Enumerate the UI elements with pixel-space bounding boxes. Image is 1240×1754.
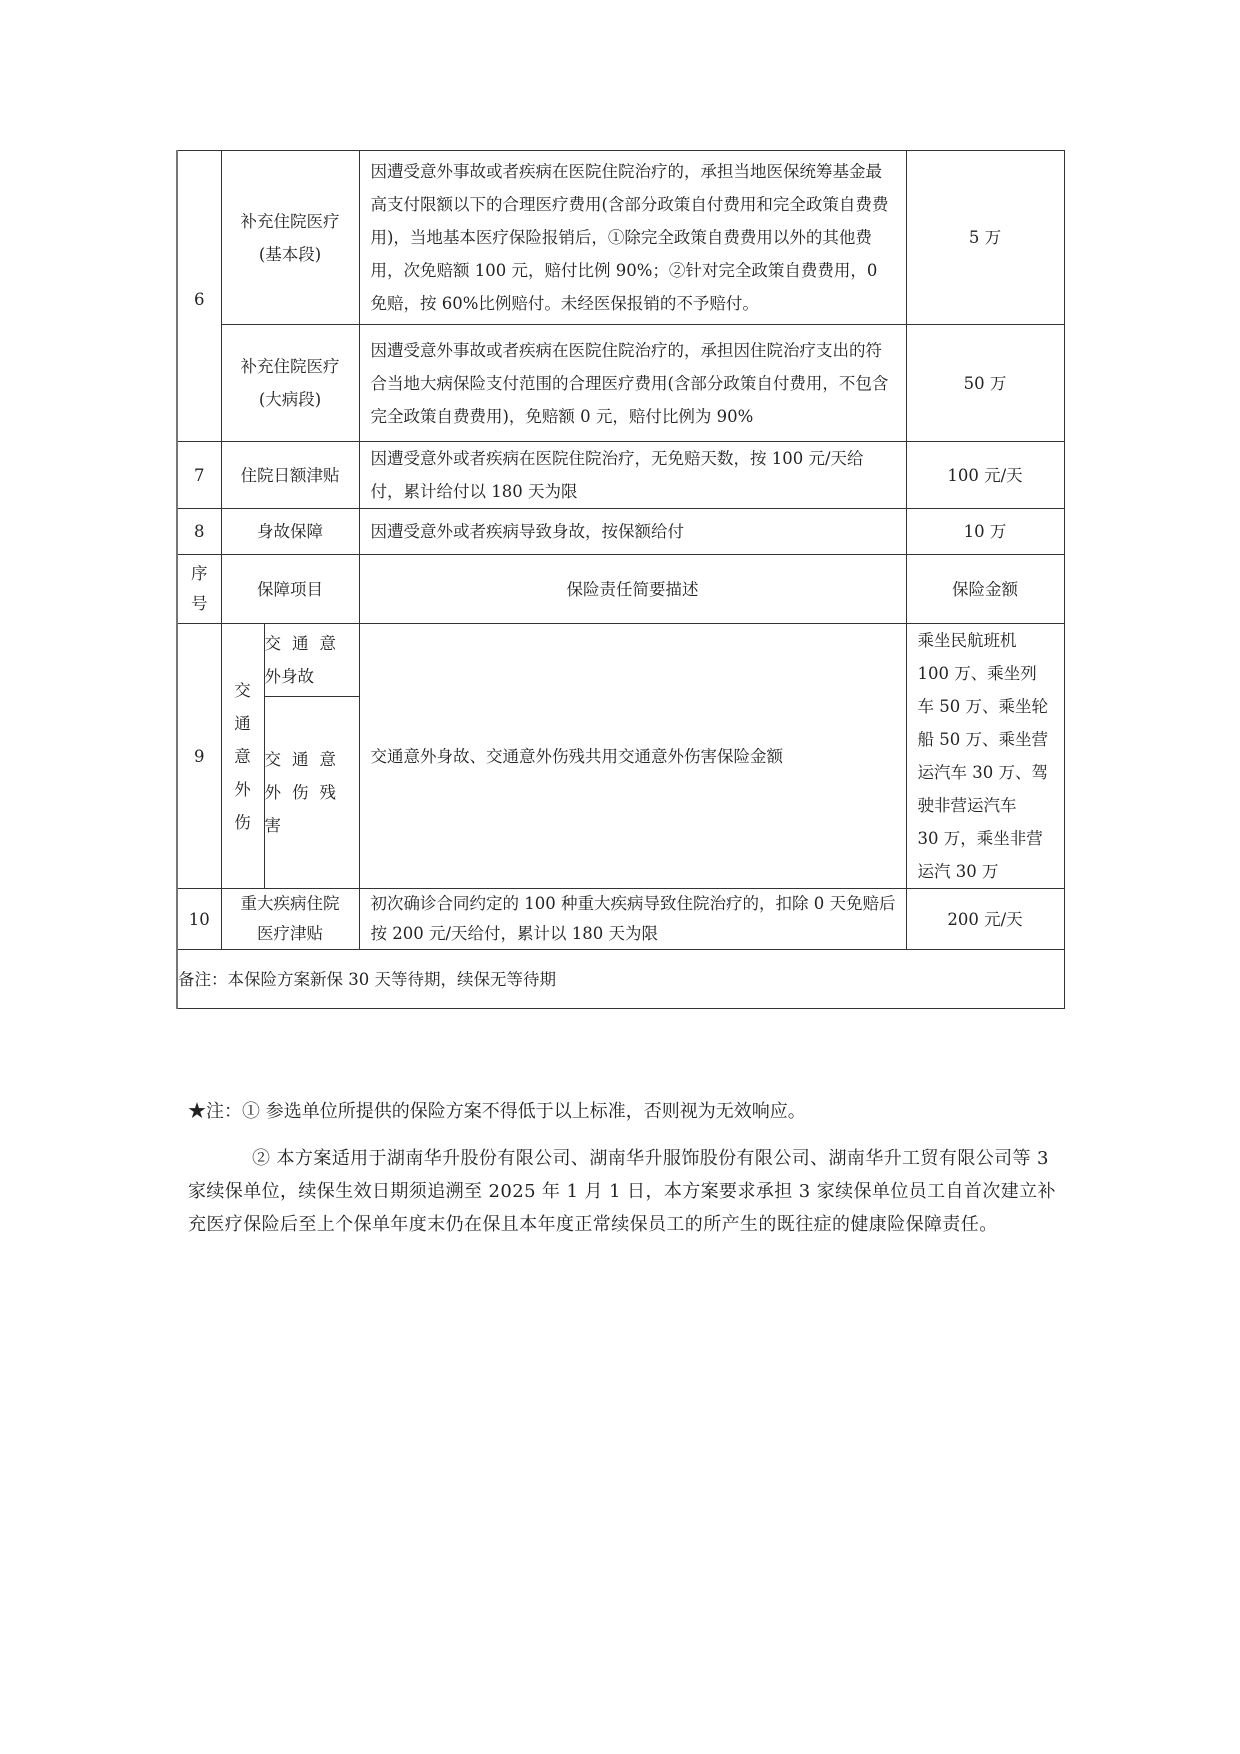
table-row-6-major: 补充住院医疗 (大病段) 因遭受意外事故或者疾病在医院住院治疗的，承担因住院治疗… xyxy=(177,325,1064,442)
item-cell: 重大疾病住院 医疗津贴 xyxy=(221,889,359,950)
table-row-10: 10 重大疾病住院 医疗津贴 初次确诊合同约定的 100 种重大疾病导致住院治疗… xyxy=(177,889,1064,950)
amount-cell: 100 元/天 xyxy=(906,442,1064,509)
table-row-7: 7 住院日额津贴 因遭受意外或者疾病在医院住院治疗，无免赔天数，按 100 元/… xyxy=(177,442,1064,509)
seq-cell: 8 xyxy=(177,509,221,555)
sub-item-line: 外伤残 xyxy=(265,776,359,809)
note-2: ② 本方案适用于湖南华升股份有限公司、湖南华升服饰股份有限公司、湖南华升工贸有限… xyxy=(188,1142,1060,1241)
desc-cell: 因遭受意外或者疾病导致身故，按保额给付 xyxy=(359,509,906,555)
desc-cell: 交通意外身故、交通意外伤残共用交通意外伤害保险金额 xyxy=(359,624,906,889)
desc-cell: 因遭受意外事故或者疾病在医院住院治疗的，承担当地医保统筹基金最高支付限额以下的合… xyxy=(359,151,906,325)
amount-cell: 5 万 xyxy=(906,151,1064,325)
header-desc: 保险责任简要描述 xyxy=(359,555,906,624)
amount-cell: 乘坐民航班机 100 万、乘坐列 车 50 万、乘坐轮 船 50 万、乘坐营 运… xyxy=(906,624,1064,889)
seq-number: 6 xyxy=(178,283,221,316)
notes-section: ★注：① 参选单位所提供的保险方案不得低于以上标准，否则视为无效响应。 ② 本方… xyxy=(188,1095,1060,1241)
header-seq: 序 号 xyxy=(177,555,221,624)
table-header-row: 序 号 保障项目 保险责任简要描述 保险金额 xyxy=(177,555,1064,624)
table-remark-row: 备注：本保险方案新保 30 天等待期，续保无等待期 xyxy=(177,950,1064,1009)
amount-cell: 50 万 xyxy=(906,325,1064,442)
seq-cell: 10 xyxy=(177,889,221,950)
desc-cell: 初次确诊合同约定的 100 种重大疾病导致住院治疗的，扣除 0 天免赔后按 20… xyxy=(359,889,906,950)
sub-item-line: 交通意 xyxy=(265,627,359,660)
amount-cell: 200 元/天 xyxy=(906,889,1064,950)
table-row-9-death: 9 交 通 意 外 伤 交通意 外身故 交通意外身故、交通意外伤残共用交通意外伤… xyxy=(177,624,1064,697)
group-cell: 交 通 意 外 伤 xyxy=(221,624,264,889)
item-cell: 身故保障 xyxy=(221,509,359,555)
document-page: 6 补充住院医疗 (基本段) 因遭受意外事故或者疾病在医院住院治疗的，承担当地医… xyxy=(0,0,1240,1754)
item-subname: (基本段) xyxy=(222,238,359,271)
amount-cell: 10 万 xyxy=(906,509,1064,555)
sub-item-cell: 交通意 外伤残 害 xyxy=(264,697,359,889)
item-subname: (大病段) xyxy=(222,383,359,416)
sub-item-cell: 交通意 外身故 xyxy=(264,624,359,697)
item-cell: 补充住院医疗 (大病段) xyxy=(221,325,359,442)
sub-item-line: 害 xyxy=(265,809,359,842)
seq-cell: 6 xyxy=(177,151,221,442)
item-cell: 补充住院医疗 (基本段) xyxy=(221,151,359,325)
item-cell: 住院日额津贴 xyxy=(221,442,359,509)
sub-item-line: 外身故 xyxy=(265,660,359,693)
insurance-coverage-table: 6 补充住院医疗 (基本段) 因遭受意外事故或者疾病在医院住院治疗的，承担当地医… xyxy=(176,150,1065,1009)
item-name: 补充住院医疗 xyxy=(222,350,359,383)
note-1: ★注：① 参选单位所提供的保险方案不得低于以上标准，否则视为无效响应。 xyxy=(188,1095,1060,1128)
desc-cell: 因遭受意外事故或者疾病在医院住院治疗的，承担因住院治疗支出的符合当地大病保险支付… xyxy=(359,325,906,442)
seq-cell: 7 xyxy=(177,442,221,509)
header-amount: 保险金额 xyxy=(906,555,1064,624)
sub-item-line: 交通意 xyxy=(265,743,359,776)
remark-text: 备注：本保险方案新保 30 天等待期，续保无等待期 xyxy=(177,950,1064,1009)
header-item: 保障项目 xyxy=(221,555,359,624)
table-row-6-basic: 6 补充住院医疗 (基本段) 因遭受意外事故或者疾病在医院住院治疗的，承担当地医… xyxy=(177,151,1064,325)
item-name: 补充住院医疗 xyxy=(222,205,359,238)
table-row-8: 8 身故保障 因遭受意外或者疾病导致身故，按保额给付 10 万 xyxy=(177,509,1064,555)
seq-cell: 9 xyxy=(177,624,221,889)
desc-cell: 因遭受意外或者疾病在医院住院治疗，无免赔天数，按 100 元/天给付，累计给付以… xyxy=(359,442,906,509)
